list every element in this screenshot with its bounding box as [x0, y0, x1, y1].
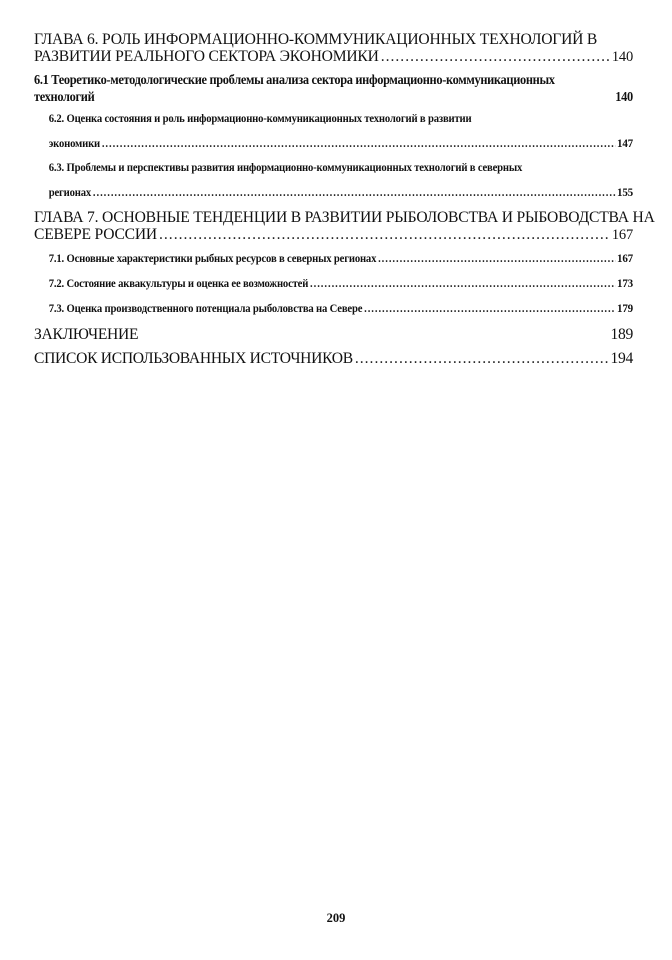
toc-page-number: 179: [617, 296, 633, 320]
toc-entry-title: 7.3. Оценка производственного потенциала…: [49, 297, 363, 321]
dot-leader: [378, 247, 615, 271]
toc-page-number: 140: [615, 88, 633, 105]
toc-entry-section-7-1[interactable]: 7.1. Основные характеристики рыбных ресу…: [34, 246, 633, 271]
toc-page-number: 167: [617, 246, 633, 270]
dot-leader: [159, 226, 610, 243]
page-number: 209: [0, 911, 672, 926]
dot-leader: [310, 272, 615, 296]
toc-entry-title: СПИСОК ИСПОЛЬЗОВАННЫХ ИСТОЧНИКОВ: [34, 347, 353, 371]
toc-entry-title-cont: СЕВЕРЕ РОССИИ: [34, 226, 157, 243]
dot-leader: [102, 132, 615, 156]
toc-entry-title: 7.2. Состояние аквакультуры и оценка ее …: [49, 272, 308, 296]
toc-entry-section-6-1[interactable]: 6.1 Теоретико-методологические проблемы …: [34, 71, 633, 105]
dot-leader: [381, 48, 610, 65]
toc-entry-section-6-2[interactable]: 6.2. Оценка состояния и роль информацион…: [34, 107, 633, 156]
toc-page-number: 189: [611, 323, 634, 347]
toc-entry-title-cont: технологий: [34, 88, 94, 105]
toc-entry-title: ГЛАВА 7. ОСНОВНЫЕ ТЕНДЕНЦИИ В РАЗВИТИИ Р…: [34, 209, 655, 226]
table-of-contents: ГЛАВА 6. РОЛЬ ИНФОРМАЦИОННО-КОММУНИКАЦИО…: [34, 31, 633, 371]
toc-entry-title: 7.1. Основные характеристики рыбных ресу…: [49, 247, 377, 271]
toc-entry-title-cont: регионах: [49, 181, 91, 205]
toc-entry-title-cont: РАЗВИТИИ РЕАЛЬНОГО СЕКТОРА ЭКОНОМИКИ: [34, 48, 379, 65]
toc-entry-title: 6.3. Проблемы и перспективы развития инф…: [49, 156, 522, 180]
toc-page-number: 140: [612, 49, 633, 66]
toc-entry-chapter-7[interactable]: ГЛАВА 7. ОСНОВНЫЕ ТЕНДЕНЦИИ В РАЗВИТИИ Р…: [34, 209, 633, 244]
toc-entry-section-6-3[interactable]: 6.3. Проблемы и перспективы развития инф…: [34, 156, 633, 205]
document-page: ГЛАВА 6. РОЛЬ ИНФОРМАЦИОННО-КОММУНИКАЦИО…: [0, 0, 672, 960]
toc-page-number: 194: [611, 347, 634, 371]
dot-leader: [355, 347, 609, 371]
dot-leader: [93, 181, 615, 205]
toc-entry-title: 6.2. Оценка состояния и роль информацион…: [49, 107, 472, 131]
toc-entry-title: 6.1 Теоретико-методологические проблемы …: [34, 71, 555, 88]
toc-entry-title-cont: экономики: [49, 132, 100, 156]
toc-entry-references[interactable]: СПИСОК ИСПОЛЬЗОВАННЫХ ИСТОЧНИКОВ 194: [34, 347, 633, 371]
toc-page-number: 147: [617, 131, 633, 155]
toc-entry-section-7-3[interactable]: 7.3. Оценка производственного потенциала…: [34, 296, 633, 321]
dot-leader: [364, 297, 615, 321]
toc-entry-title: ЗАКЛЮЧЕНИЕ: [34, 323, 138, 347]
toc-entry-title: ГЛАВА 6. РОЛЬ ИНФОРМАЦИОННО-КОММУНИКАЦИО…: [34, 31, 597, 48]
toc-page-number: 173: [617, 271, 633, 295]
toc-page-number: 167: [612, 227, 633, 244]
toc-entry-section-7-2[interactable]: 7.2. Состояние аквакультуры и оценка ее …: [34, 271, 633, 296]
toc-entry-chapter-6[interactable]: ГЛАВА 6. РОЛЬ ИНФОРМАЦИОННО-КОММУНИКАЦИО…: [34, 31, 633, 66]
toc-page-number: 155: [617, 180, 633, 204]
toc-entry-conclusion[interactable]: ЗАКЛЮЧЕНИЕ 189: [34, 323, 633, 347]
